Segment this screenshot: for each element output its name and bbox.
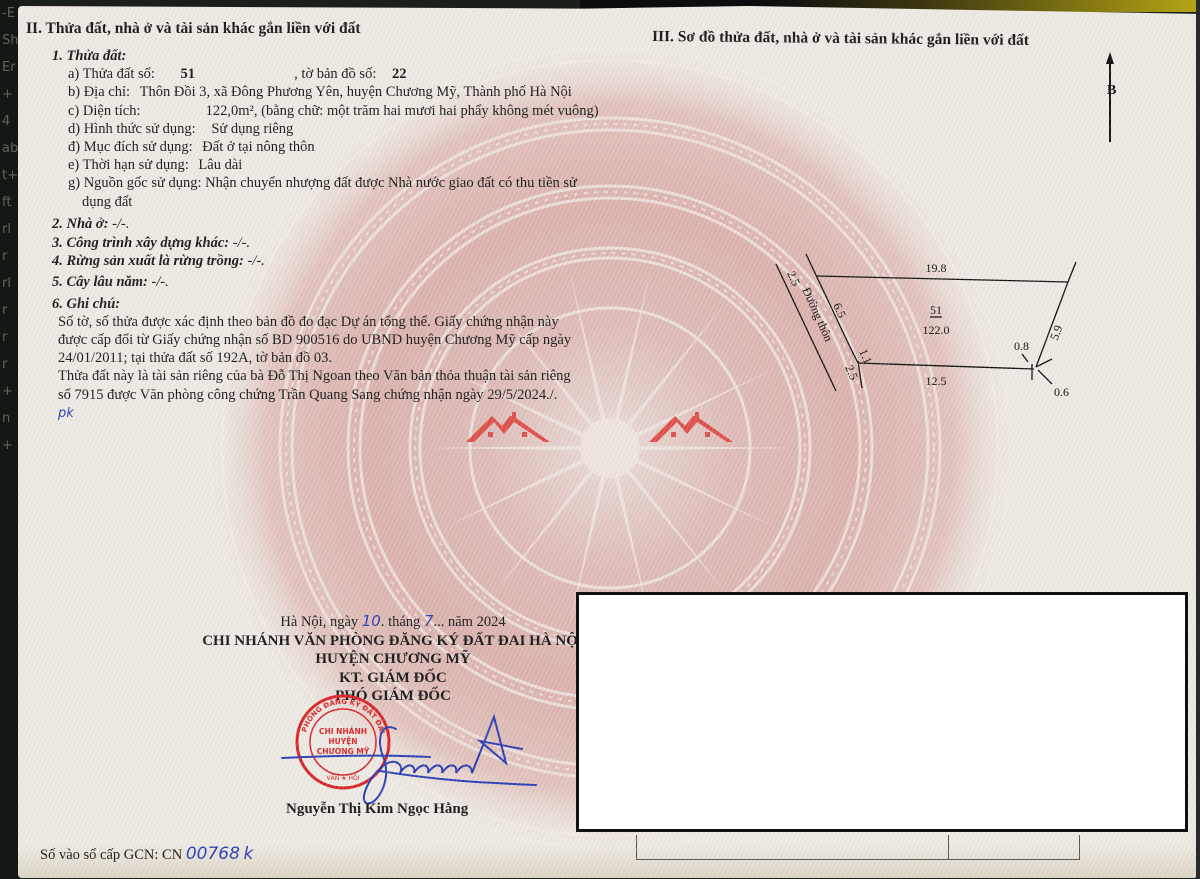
handwritten-signature: [280, 711, 540, 811]
item-other-construction: 3. Công trình xây dựng khác: -/-.: [36, 234, 596, 252]
usage-term-value: Lâu dài: [198, 157, 242, 173]
item-house: 2. Nhà ở: -/-.: [36, 215, 596, 233]
background-screen-char: rl: [0, 216, 20, 243]
area-value: 122,0m², (bằng chữ: một trăm hai mươi ha…: [206, 103, 599, 119]
item-house-value: -/-.: [112, 216, 129, 232]
signer-role-director: KT. GIÁM ĐỐC: [188, 669, 598, 688]
background-screen-char: +: [0, 81, 20, 108]
note-initials: pk: [58, 406, 74, 421]
background-screen-char: Er: [0, 54, 20, 81]
svg-text:0.8: 0.8: [1014, 339, 1029, 353]
registry-number-suffix: k: [244, 844, 254, 864]
item-perennial-trees-value: -/-.: [152, 274, 169, 290]
item-planted-forest: 4. Rừng sản xuất là rừng trồng: -/-.: [36, 252, 596, 270]
item-notes-label: 6. Ghi chú:: [52, 296, 120, 312]
background-screen-char: n: [0, 405, 20, 432]
background-screen-char: Sh: [0, 27, 20, 54]
parcel-number-row: a) Thửa đất số: 51 , tờ bản đồ số: 22: [36, 65, 596, 83]
background-right-edge: [1196, 0, 1200, 879]
parcel-diagram: 19.8 51 122.0 12.5 5.9 0.8 0.6 6.5 1.1 Đ…: [770, 246, 1080, 406]
issue-date-line: Hà Nội, ngày 10. tháng 7... năm 2024: [188, 612, 598, 632]
usage-origin-value: Nhận chuyển nhượng đất được Nhà nước gia…: [205, 175, 577, 191]
area-row: c) Diện tích: 122,0m², (bằng chữ: một tr…: [36, 102, 596, 120]
item-perennial-trees-label: 5. Cây lâu năm:: [52, 274, 148, 290]
map-sheet-value: 22: [392, 66, 407, 82]
usage-origin-value-cont: dụng đất: [68, 193, 596, 211]
svg-text:Đường thôn: Đường thôn: [799, 285, 835, 344]
background-screen-char: +: [0, 378, 20, 405]
svg-text:12.5: 12.5: [926, 374, 947, 388]
background-screen-char: ab: [0, 135, 20, 162]
svg-text:51: 51: [930, 303, 942, 317]
item-other-construction-value: -/-.: [233, 235, 250, 251]
usage-purpose-value: Đất ở tại nông thôn: [202, 139, 314, 155]
svg-text:B: B: [1107, 83, 1116, 98]
house-logo-icon: [466, 410, 550, 444]
issue-place-label: Hà Nội, ngày: [280, 614, 358, 630]
usage-purpose-label: đ) Mục đích sử dụng:: [68, 139, 193, 155]
registry-number-value: 00768: [186, 844, 240, 864]
background-screen-char: ft: [0, 189, 20, 216]
usage-purpose-row: đ) Mục đích sử dụng: Đất ở tại nông thôn: [36, 138, 596, 156]
note-paragraph-1: Số tờ, số thửa được xác định theo bản đồ…: [36, 313, 596, 368]
background-screen-char: r: [0, 297, 20, 324]
background-screen-char: -E: [0, 0, 20, 27]
background-screen-char: t+: [0, 162, 20, 189]
issue-year: năm 2024: [448, 614, 506, 630]
usage-origin-row: g) Nguồn gốc sử dụng: Nhận chuyển nhượng…: [36, 174, 596, 210]
svg-text:0.6: 0.6: [1054, 385, 1069, 399]
item-planted-forest-label: 4. Rừng sản xuất là rừng trồng:: [52, 253, 244, 269]
issue-day: 10: [362, 612, 381, 630]
usage-origin-label: g) Nguồn gốc sử dụng:: [68, 175, 202, 191]
section-2-title: II. Thửa đất, nhà ở và tài sản khác gắn …: [26, 20, 361, 38]
parcel-number-label: a) Thửa đất số:: [68, 65, 155, 83]
item-notes: 6. Ghi chú:: [36, 295, 596, 313]
house-logo-icon: [649, 410, 733, 444]
background-screen-char: r: [0, 351, 20, 378]
issuance-block: Hà Nội, ngày 10. tháng 7... năm 2024 CHI…: [188, 612, 598, 706]
usage-form-label: d) Hình thức sử dụng:: [68, 121, 196, 137]
background-screen-char: r: [0, 243, 20, 270]
map-sheet-label: , tờ bản đồ số:: [294, 66, 376, 82]
item-perennial-trees: 5. Cây lâu năm: -/-.: [36, 273, 596, 291]
svg-text:2.5: 2.5: [784, 269, 803, 288]
issuing-office-name: CHI NHÁNH VĂN PHÒNG ĐĂNG KÝ ĐẤT ĐAI HÀ N…: [188, 632, 598, 651]
parcel-number-value: 51: [181, 65, 291, 83]
area-label: c) Diện tích:: [68, 102, 176, 120]
address-value: Thôn Đồi 3, xã Đông Phương Yên, huyện Ch…: [140, 84, 572, 100]
usage-form-row: d) Hình thức sử dụng: Sử dụng riêng: [36, 120, 596, 138]
north-arrow-icon: B: [1104, 50, 1134, 150]
land-heading: 1. Thửa đất:: [36, 47, 596, 65]
change-log-table: [636, 835, 1080, 860]
section-2-content: 1. Thửa đất: a) Thửa đất số: 51 , tờ bản…: [36, 47, 596, 423]
background-screen-char: +: [0, 432, 20, 459]
table-column-divider: [948, 835, 949, 859]
item-other-construction-label: 3. Công trình xây dựng khác:: [52, 235, 229, 251]
usage-term-label: e) Thời hạn sử dụng:: [68, 157, 189, 173]
svg-text:19.8: 19.8: [926, 261, 947, 275]
item-house-label: 2. Nhà ở:: [52, 216, 109, 232]
signer-role-deputy: PHÓ GIÁM ĐỐC: [188, 687, 598, 706]
note-paragraph-2-text: Thửa đất này là tài sản riêng của bà Đỗ …: [58, 368, 571, 402]
background-screen-char: r: [0, 324, 20, 351]
usage-term-row: e) Thời hạn sử dụng: Lâu dài: [36, 156, 596, 174]
item-planted-forest-value: -/-.: [247, 253, 264, 269]
address-row: b) Địa chỉ: Thôn Đồi 3, xã Đông Phương Y…: [36, 83, 596, 101]
issue-month-label: tháng: [388, 614, 420, 630]
issue-month: 7: [424, 612, 434, 630]
registry-number-line: Số vào sổ cấp GCN: CN 00768 k: [40, 844, 253, 864]
address-label: b) Địa chỉ:: [68, 84, 130, 100]
redaction-box: [576, 592, 1188, 832]
registry-number-label: Số vào sổ cấp GCN: CN: [40, 847, 182, 863]
issuing-office-district: HUYỆN CHƯƠNG MỸ: [188, 650, 598, 669]
background-screen-char: rl: [0, 270, 20, 297]
background-screen-char: 4: [0, 108, 20, 135]
svg-text:6.5: 6.5: [830, 301, 849, 320]
usage-form-value: Sử dụng riêng: [211, 121, 293, 137]
svg-text:122.0: 122.0: [923, 323, 950, 337]
svg-text:5.9: 5.9: [1047, 323, 1065, 342]
background-monitor-strip: -EShEr+4abt+ftrlrrlrrr+n+: [0, 0, 20, 879]
signer-name: Nguyễn Thị Kim Ngọc Hằng: [286, 801, 468, 818]
